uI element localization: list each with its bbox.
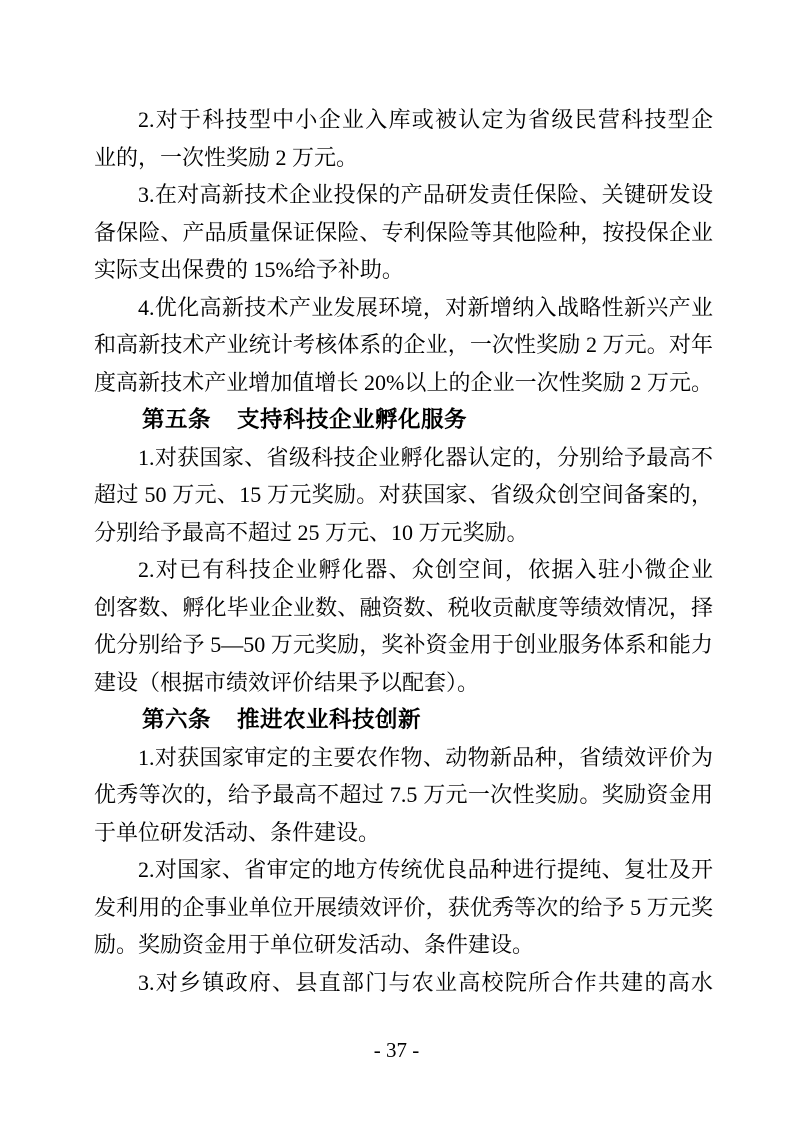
paragraph: 3.在对高新技术企业投保的产品研发责任保险、关键研发设备保险、产品质量保证保险、… — [94, 176, 713, 289]
text-line: 分别给予最高不超过 25 万元、10 万元奖励。 — [94, 514, 713, 552]
text-line: 实际支出保费的 15%给予补助。 — [94, 251, 713, 289]
text-line: 创客数、孵化毕业企业数、融资数、税收贡献度等绩效情况，择 — [94, 589, 713, 627]
text-line: 1.对获国家审定的主要农作物、动物新品种，省绩效评价为 — [94, 739, 713, 777]
text-line: 励。奖励资金用于单位研发活动、条件建设。 — [94, 926, 713, 964]
text-line: 于单位研发活动、条件建设。 — [94, 814, 713, 852]
text-line: 3.在对高新技术企业投保的产品研发责任保险、关键研发设 — [94, 176, 713, 214]
section-heading: 第六条推进农业科技创新 — [94, 701, 713, 739]
text-line: 建设（根据市绩效评价结果予以配套）。 — [94, 664, 713, 702]
section-heading-label: 第五条 — [142, 407, 211, 432]
paragraph: 2.对国家、省审定的地方传统优良品种进行提纯、复壮及开发利用的企事业单位开展绩效… — [94, 851, 713, 964]
document-page: { "document": { "blocks": [ { "type": "p… — [0, 0, 793, 1122]
text-line: 优分别给予 5—50 万元奖励，奖补资金用于创业服务体系和能力 — [94, 626, 713, 664]
section-heading-title: 支持科技企业孵化服务 — [237, 407, 467, 432]
section-heading-label: 第六条 — [142, 707, 211, 732]
paragraph: 1.对获国家、省级科技企业孵化器认定的，分别给予最高不超过 50 万元、15 万… — [94, 439, 713, 552]
paragraph: 3.对乡镇政府、县直部门与农业高校院所合作共建的高水平、 — [94, 964, 713, 1002]
text-line: 2.对国家、省审定的地方传统优良品种进行提纯、复壮及开 — [94, 851, 713, 889]
section-heading-title: 推进农业科技创新 — [237, 707, 421, 732]
text-line: 业的，一次性奖励 2 万元。 — [94, 139, 713, 177]
text-line: 1.对获国家、省级科技企业孵化器认定的，分别给予最高不 — [94, 439, 713, 477]
text-line: 发利用的企事业单位开展绩效评价，获优秀等次的给予 5 万元奖 — [94, 889, 713, 927]
text-line: 3.对乡镇政府、县直部门与农业高校院所合作共建的高水平、 — [94, 964, 713, 1002]
text-line: 备保险、产品质量保证保险、专利保险等其他险种，按投保企业 — [94, 214, 713, 252]
document-body: 2.对于科技型中小企业入库或被认定为省级民营科技型企业的，一次性奖励 2 万元。… — [94, 101, 713, 1001]
text-line: 2.对已有科技企业孵化器、众创空间，依据入驻小微企业数、 — [94, 551, 713, 589]
paragraph: 2.对已有科技企业孵化器、众创空间，依据入驻小微企业数、创客数、孵化毕业企业数、… — [94, 551, 713, 701]
text-line: 度高新技术产业增加值增长 20%以上的企业一次性奖励 2 万元。 — [94, 364, 713, 402]
paragraph: 1.对获国家审定的主要农作物、动物新品种，省绩效评价为优秀等次的，给予最高不超过… — [94, 739, 713, 852]
paragraph: 2.对于科技型中小企业入库或被认定为省级民营科技型企业的，一次性奖励 2 万元。 — [94, 101, 713, 176]
paragraph: 4.优化高新技术产业发展环境，对新增纳入战略性新兴产业和高新技术产业统计考核体系… — [94, 289, 713, 402]
section-heading: 第五条支持科技企业孵化服务 — [94, 401, 713, 439]
text-line: 超过 50 万元、15 万元奖励。对获国家、省级众创空间备案的， — [94, 476, 713, 514]
text-line: 2.对于科技型中小企业入库或被认定为省级民营科技型企 — [94, 101, 713, 139]
text-line: 和高新技术产业统计考核体系的企业，一次性奖励 2 万元。对年 — [94, 326, 713, 364]
text-line: 4.优化高新技术产业发展环境，对新增纳入战略性新兴产业 — [94, 289, 713, 327]
page-number: - 37 - — [0, 1035, 793, 1065]
text-line: 优秀等次的，给予最高不超过 7.5 万元一次性奖励。奖励资金用 — [94, 776, 713, 814]
